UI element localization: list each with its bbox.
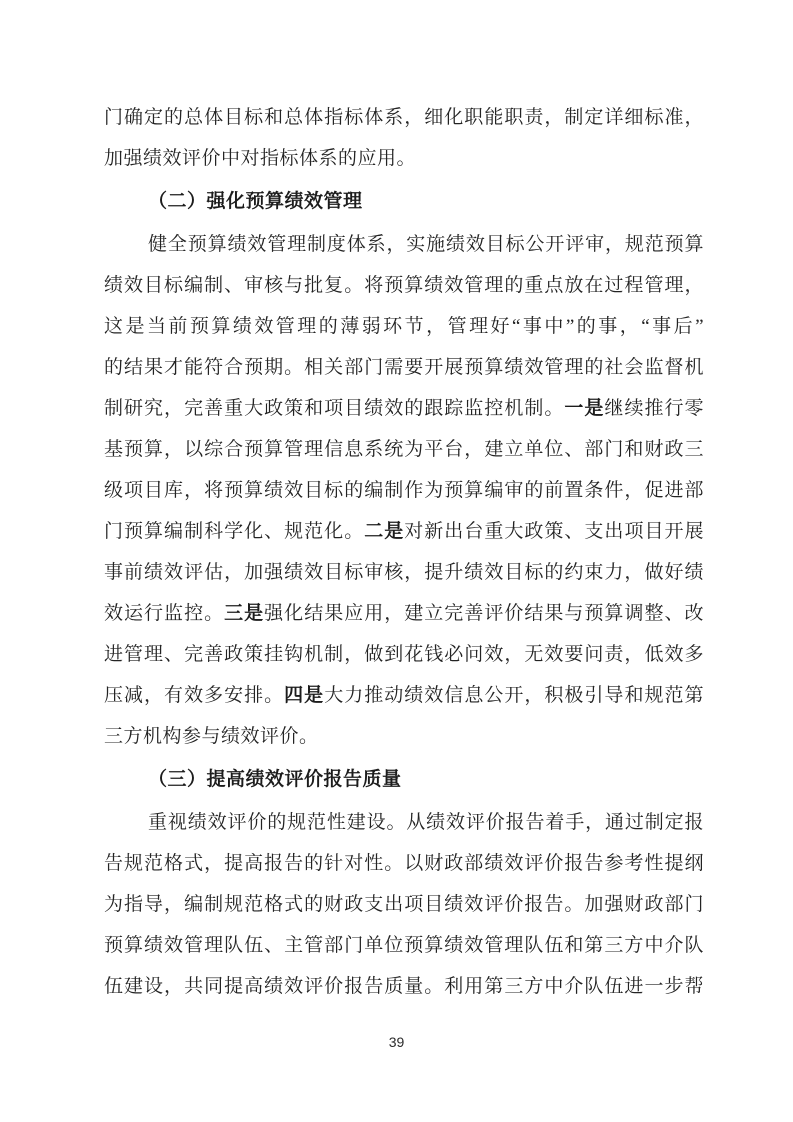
text-line: 三方机构参与绩效评价。 [104, 716, 704, 757]
page-number: 39 [389, 1034, 405, 1050]
bold-text-segment: （三）提高绩效评价报告质量 [148, 769, 402, 790]
text-segment: 伍建设，共同提高绩效评价报告质量。利用第三方中介队伍进一步帮 [104, 976, 704, 997]
text-segment: 制研究，完善重大政策和项目绩效的跟踪监控机制。 [104, 398, 564, 419]
text-segment: 效运行监控。 [104, 603, 224, 624]
text-line: 进管理、完善政策挂钩机制，做到花钱必问效，无效要问责，低效多 [104, 634, 704, 675]
text-segment: 继续推行零 [604, 398, 704, 419]
text-line: 为指导，编制规范格式的财政支出项目绩效评价报告。加强财政部门 [104, 884, 704, 925]
text-segment: 进管理、完善政策挂钩机制，做到花钱必问效，无效要问责，低效多 [104, 644, 704, 665]
text-segment: 门预算编制科学化、规范化。 [104, 521, 364, 542]
text-line: 加强绩效评价中对指标体系的应用。 [104, 138, 704, 179]
bold-text-segment: 二是 [364, 521, 404, 542]
text-segment: 大力推动绩效信息公开，积极引导和规范第 [324, 685, 704, 706]
text-segment: 级项目库，将预算绩效目标的编制作为预算编审的前置条件，促进部 [104, 480, 704, 501]
text-segment: 压减，有效多安排。 [104, 685, 284, 706]
heading-line: （二）强化预算绩效管理 [104, 181, 704, 222]
text-segment: 三方机构参与绩效评价。 [104, 726, 319, 747]
text-line: 这是当前预算绩效管理的薄弱环节，管理好“事中”的事，“事后” [104, 306, 704, 347]
document-page: 门确定的总体目标和总体指标体系，细化职能职责，制定详细标准，加强绩效评价中对指标… [0, 0, 793, 1122]
text-line: 效运行监控。三是强化结果应用，建立完善评价结果与预算调整、改 [104, 593, 704, 634]
text-line: 绩效目标编制、审核与批复。将预算绩效管理的重点放在过程管理， [104, 265, 704, 306]
text-line: 压减，有效多安排。四是大力推动绩效信息公开，积极引导和规范第 [104, 675, 704, 716]
text-segment: 基预算，以综合预算管理信息系统为平台，建立单位、部门和财政三 [104, 439, 704, 460]
text-segment: 为指导，编制规范格式的财政支出项目绩效评价报告。加强财政部门 [104, 894, 704, 915]
text-line: 级项目库，将预算绩效目标的编制作为预算编审的前置条件，促进部 [104, 470, 704, 511]
text-line: 的结果才能符合预期。相关部门需要开展预算绩效管理的社会监督机 [104, 347, 704, 388]
text-segment: 重视绩效评价的规范性建设。从绩效评价报告着手，通过制定报 [148, 812, 704, 833]
text-line: 门确定的总体目标和总体指标体系，细化职能职责，制定详细标准， [104, 97, 704, 138]
text-segment: 强化结果应用，建立完善评价结果与预算调整、改 [264, 603, 704, 624]
text-block: 门确定的总体目标和总体指标体系，细化职能职责，制定详细标准，加强绩效评价中对指标… [104, 97, 704, 1007]
text-line: 重视绩效评价的规范性建设。从绩效评价报告着手，通过制定报 [104, 802, 704, 843]
text-segment: 健全预算绩效管理制度体系，实施绩效目标公开评审，规范预算 [148, 234, 704, 255]
text-line: 门预算编制科学化、规范化。二是对新出台重大政策、支出项目开展 [104, 511, 704, 552]
text-line: 制研究，完善重大政策和项目绩效的跟踪监控机制。一是继续推行零 [104, 388, 704, 429]
bold-text-segment: （二）强化预算绩效管理 [148, 191, 363, 212]
heading-line: （三）提高绩效评价报告质量 [104, 759, 704, 800]
text-segment: 预算绩效管理队伍、主管部门单位预算绩效管理队伍和第三方中介队 [104, 935, 704, 956]
text-segment: 这是当前预算绩效管理的薄弱环节，管理好“事中”的事，“事后” [104, 316, 704, 337]
text-line: 基预算，以综合预算管理信息系统为平台，建立单位、部门和财政三 [104, 429, 704, 470]
text-segment: 事前绩效评估，加强绩效目标审核，提升绩效目标的约束力，做好绩 [104, 562, 704, 583]
text-line: 告规范格式，提高报告的针对性。以财政部绩效评价报告参考性提纲 [104, 843, 704, 884]
text-segment: 绩效目标编制、审核与批复。将预算绩效管理的重点放在过程管理， [104, 275, 704, 296]
bold-text-segment: 一是 [564, 398, 604, 419]
text-line: 事前绩效评估，加强绩效目标审核，提升绩效目标的约束力，做好绩 [104, 552, 704, 593]
text-segment: 的结果才能符合预期。相关部门需要开展预算绩效管理的社会监督机 [104, 357, 704, 378]
text-segment: 加强绩效评价中对指标体系的应用。 [104, 148, 416, 169]
text-line: 健全预算绩效管理制度体系，实施绩效目标公开评审，规范预算 [104, 224, 704, 265]
text-segment: 门确定的总体目标和总体指标体系，细化职能职责，制定详细标准， [104, 107, 704, 128]
page-footer: 39 [0, 1032, 793, 1052]
bold-text-segment: 四是 [284, 685, 324, 706]
text-segment: 告规范格式，提高报告的针对性。以财政部绩效评价报告参考性提纲 [104, 853, 704, 874]
text-segment: 对新出台重大政策、支出项目开展 [404, 521, 704, 542]
text-line: 预算绩效管理队伍、主管部门单位预算绩效管理队伍和第三方中介队 [104, 925, 704, 966]
text-line: 伍建设，共同提高绩效评价报告质量。利用第三方中介队伍进一步帮 [104, 966, 704, 1007]
bold-text-segment: 三是 [224, 603, 264, 624]
